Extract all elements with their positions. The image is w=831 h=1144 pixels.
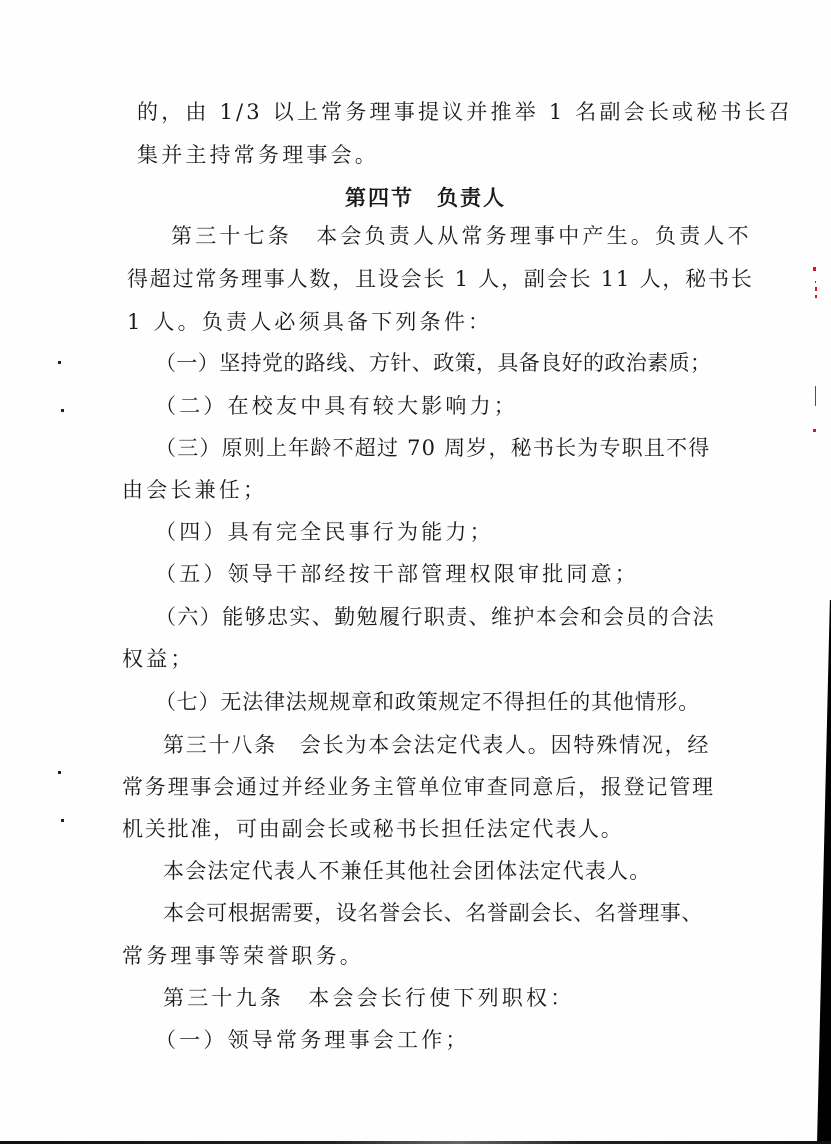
red-mark	[815, 287, 817, 291]
article-38-line: 第三十八条 会长为本会法定代表人。因特殊情况，经	[163, 731, 710, 759]
scanned-page: 的，由 1/3 以上常务理事提议并推举 1 名副会长或秘书长召 集并主持常务理事…	[0, 0, 831, 1144]
text-line: 由会长兼任；	[122, 476, 267, 504]
scan-dot	[58, 771, 61, 774]
list-item: （七）无法律法规规章和政策规定不得担任的其他情形。	[155, 688, 700, 716]
article-39-line: 第三十九条 本会会长行使下列职权：	[163, 984, 574, 1012]
text-line: 本会法定代表人不兼任其他社会团体法定代表人。	[163, 857, 651, 885]
list-item: （三）原则上年龄不超过 70 周岁，秘书长为专职且不得	[155, 434, 710, 462]
scan-dot	[61, 819, 64, 822]
section-heading: 第四节 负责人	[345, 184, 506, 212]
list-item: （二）在校友中具有较大影响力；	[155, 392, 518, 420]
article-37-line: 第三十七条 本会负责人从常务理事中产生。负责人不	[171, 222, 752, 250]
red-mark	[815, 281, 816, 283]
text-line: 常务理事等荣誉职务。	[122, 942, 364, 970]
list-item: （五）领导干部经按干部管理权限审批同意；	[155, 560, 639, 588]
text-line: 的，由 1/3 以上常务理事提议并推举 1 名副会长或秘书长召	[137, 98, 727, 126]
list-item: （一）领导常务理事会工作；	[155, 1026, 470, 1054]
scanner-edge-right	[817, 600, 831, 1144]
list-item: （一）坚持党的路线、方针、政策，具备良好的政治素质；	[155, 349, 711, 377]
text-line: 本会可根据需要，设名誉会长、名誉副会长、名誉理事、	[163, 899, 703, 927]
list-item: （四）具有完全民事行为能力；	[155, 518, 494, 546]
red-mark	[813, 429, 816, 432]
text-line: 机关批准，可由副会长或秘书长担任法定代表人。	[122, 815, 624, 843]
text-line: 1 人。负责人必须具备下列条件：	[127, 308, 492, 336]
list-item: （六）能够忠实、勤勉履行职责、维护本会和会员的合法	[155, 603, 715, 631]
red-mark	[813, 267, 816, 271]
red-mark	[815, 295, 817, 298]
text-line: 得超过常务理事人数，且设会长 1 人，副会长 11 人，秘书长	[127, 265, 754, 293]
text-line: 常务理事会通过并经业务主管单位审查同意后，报登记管理	[122, 773, 715, 801]
text-line: 集并主持常务理事会。	[137, 141, 379, 169]
scan-dot	[58, 361, 61, 364]
scan-dot	[61, 409, 64, 412]
red-mark	[815, 386, 816, 406]
text-line: 权益；	[122, 645, 195, 673]
